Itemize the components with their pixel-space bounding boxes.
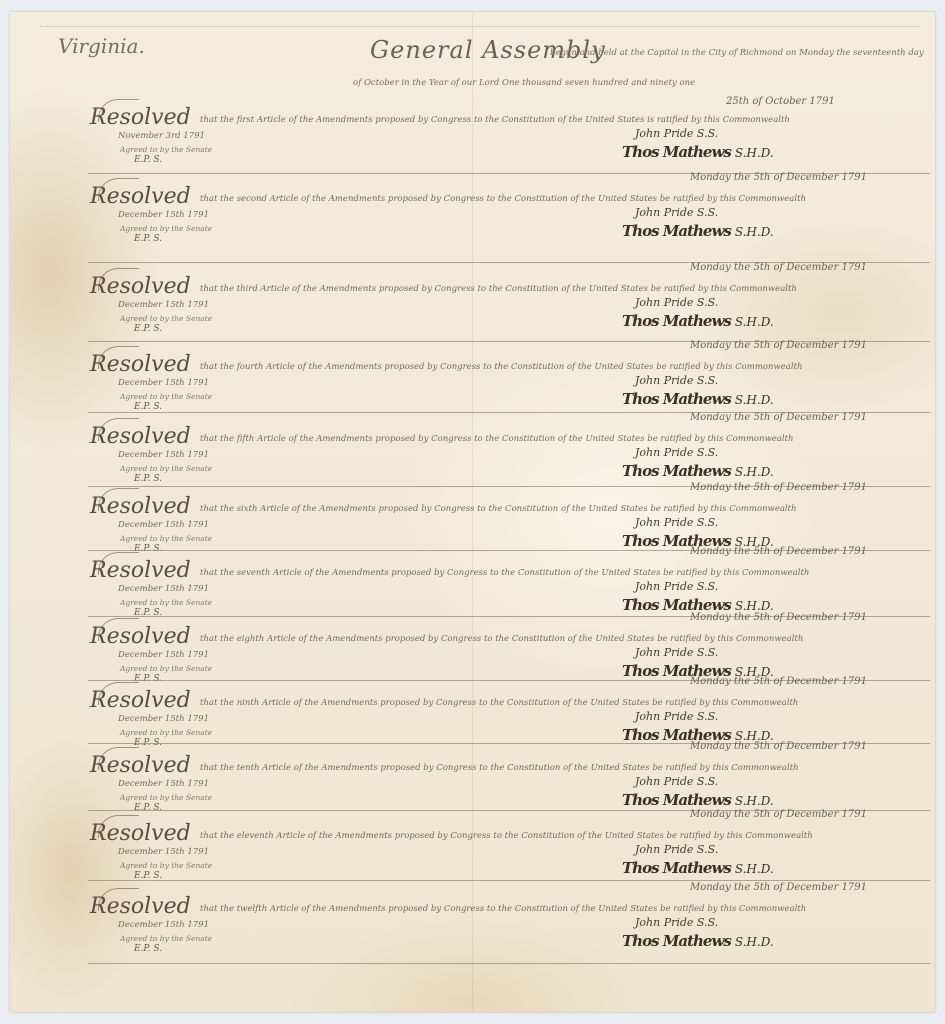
signature-name: Thos Mathews	[622, 462, 731, 480]
header-date: 25th of October 1791	[726, 96, 835, 107]
ratification-date: December 15th 1791	[118, 520, 209, 530]
session-date: Monday the 5th of December 1791	[690, 412, 867, 423]
senate-agreement: Agreed to by the Senate	[120, 145, 212, 154]
resolution-text: that the fifth Article of the Amendments…	[200, 434, 793, 444]
resolution-text: that the third Article of the Amendments…	[200, 284, 797, 294]
header-text-line-2: of October in the Year of our Lord One t…	[353, 78, 695, 88]
signature-senate-speaker: John Pride S.S.	[635, 374, 718, 387]
resolved-heading: Resolved	[90, 424, 191, 449]
session-date: Monday the 5th of December 1791	[690, 546, 867, 557]
resolved-heading: Resolved	[90, 688, 191, 713]
resolved-heading: Resolved	[90, 494, 191, 519]
senate-agreement: Agreed to by the Senate	[120, 224, 212, 233]
signature-senate-speaker: John Pride S.S.	[635, 580, 718, 593]
senate-agreement: Agreed to by the Senate	[120, 728, 212, 737]
ratification-date: November 3rd 1791	[118, 131, 205, 141]
clerk-initials: E.P. S.	[134, 944, 162, 954]
signature-name: Thos Mathews	[622, 312, 731, 330]
session-date: Monday the 5th of December 1791	[690, 612, 867, 623]
ratification-date: December 15th 1791	[118, 779, 209, 789]
signature-house-speaker: Thos MathewsS.H.D.	[622, 791, 774, 809]
signature-title: S.H.D.	[735, 935, 774, 949]
ratification-date: December 15th 1791	[118, 450, 209, 460]
signature-name: Thos Mathews	[622, 791, 731, 809]
signature-house-speaker: Thos MathewsS.H.D.	[622, 222, 774, 240]
signature-house-speaker: Thos MathewsS.H.D.	[622, 143, 774, 161]
signature-senate-speaker: John Pride S.S.	[635, 206, 718, 219]
resolution-text: that the second Article of the Amendment…	[200, 194, 806, 204]
signature-house-speaker: Thos MathewsS.H.D.	[622, 312, 774, 330]
clerk-initials: E.P. S.	[134, 803, 162, 813]
resolved-heading: Resolved	[90, 274, 191, 299]
clerk-initials: E.P. S.	[134, 324, 162, 334]
session-date: Monday the 5th of December 1791	[690, 172, 867, 183]
senate-agreement: Agreed to by the Senate	[120, 934, 212, 943]
session-date: Monday the 5th of December 1791	[690, 882, 867, 893]
resolution-text: that the ninth Article of the Amendments…	[200, 698, 798, 708]
stitch-holes	[40, 26, 920, 28]
resolved-heading: Resolved	[90, 624, 191, 649]
signature-name: Thos Mathews	[622, 222, 731, 240]
signature-house-speaker: Thos MathewsS.H.D.	[622, 390, 774, 408]
signature-title: S.H.D.	[735, 599, 774, 613]
ratification-date: December 15th 1791	[118, 847, 209, 857]
signature-title: S.H.D.	[735, 794, 774, 808]
signature-title: S.H.D.	[735, 393, 774, 407]
resolution-text: that the first Article of the Amendments…	[200, 115, 790, 125]
senate-agreement: Agreed to by the Senate	[120, 314, 212, 323]
clerk-initials: E.P. S.	[134, 402, 162, 412]
signature-house-speaker: Thos MathewsS.H.D.	[622, 462, 774, 480]
resolution-text: that the fourth Article of the Amendment…	[200, 362, 802, 372]
signature-name: Thos Mathews	[622, 390, 731, 408]
senate-agreement: Agreed to by the Senate	[120, 392, 212, 401]
divider-line	[88, 963, 930, 964]
resolved-heading: Resolved	[90, 184, 191, 209]
divider-line	[88, 880, 930, 881]
senate-agreement: Agreed to by the Senate	[120, 664, 212, 673]
resolution-text: that the eleventh Article of the Amendme…	[200, 831, 813, 841]
ratification-date: December 15th 1791	[118, 714, 209, 724]
senate-agreement: Agreed to by the Senate	[120, 861, 212, 870]
signature-senate-speaker: John Pride S.S.	[635, 516, 718, 529]
ratification-date: December 15th 1791	[118, 210, 209, 220]
resolved-heading: Resolved	[90, 894, 191, 919]
signature-name: Thos Mathews	[622, 859, 731, 877]
session-date: Monday the 5th of December 1791	[690, 676, 867, 687]
resolved-heading: Resolved	[90, 558, 191, 583]
resolution-text: that the tenth Article of the Amendments…	[200, 763, 799, 773]
session-date: Monday the 5th of December 1791	[690, 809, 867, 820]
session-date: Monday the 5th of December 1791	[690, 262, 867, 273]
signature-title: S.H.D.	[735, 465, 774, 479]
signature-senate-speaker: John Pride S.S.	[635, 843, 718, 856]
parchment-document: Virginia. General Assembly begun and hel…	[10, 12, 935, 1012]
signature-title: S.H.D.	[735, 146, 774, 160]
signature-senate-speaker: John Pride S.S.	[635, 646, 718, 659]
clerk-initials: E.P. S.	[134, 234, 162, 244]
signature-title: S.H.D.	[735, 315, 774, 329]
senate-agreement: Agreed to by the Senate	[120, 598, 212, 607]
signature-title: S.H.D.	[735, 862, 774, 876]
signature-house-speaker: Thos MathewsS.H.D.	[622, 932, 774, 950]
resolution-text: that the sixth Article of the Amendments…	[200, 504, 797, 514]
session-date: Monday the 5th of December 1791	[690, 340, 867, 351]
signature-name: Thos Mathews	[622, 932, 731, 950]
signature-senate-speaker: John Pride S.S.	[635, 916, 718, 929]
clerk-initials: E.P. S.	[134, 474, 162, 484]
ratification-date: December 15th 1791	[118, 584, 209, 594]
resolution-text: that the twelfth Article of the Amendmen…	[200, 904, 806, 914]
signature-senate-speaker: John Pride S.S.	[635, 296, 718, 309]
senate-agreement: Agreed to by the Senate	[120, 793, 212, 802]
signature-name: Thos Mathews	[622, 143, 731, 161]
signature-title: S.H.D.	[735, 225, 774, 239]
ratification-date: December 15th 1791	[118, 920, 209, 930]
ratification-date: December 15th 1791	[118, 300, 209, 310]
ratification-date: December 15th 1791	[118, 650, 209, 660]
signature-senate-speaker: John Pride S.S.	[635, 446, 718, 459]
resolved-heading: Resolved	[90, 753, 191, 778]
resolution-text: that the seventh Article of the Amendmen…	[200, 568, 809, 578]
session-date: Monday the 5th of December 1791	[690, 482, 867, 493]
resolved-heading: Resolved	[90, 352, 191, 377]
header-text-line-1: begun and held at the Capitol in the Cit…	[550, 48, 924, 58]
signature-senate-speaker: John Pride S.S.	[635, 710, 718, 723]
senate-agreement: Agreed to by the Senate	[120, 534, 212, 543]
resolution-text: that the eighth Article of the Amendment…	[200, 634, 803, 644]
state-heading: Virginia.	[58, 34, 145, 58]
signature-house-speaker: Thos MathewsS.H.D.	[622, 859, 774, 877]
resolved-heading: Resolved	[90, 105, 191, 130]
signature-senate-speaker: John Pride S.S.	[635, 127, 718, 140]
resolved-heading: Resolved	[90, 821, 191, 846]
session-date: Monday the 5th of December 1791	[690, 741, 867, 752]
signature-senate-speaker: John Pride S.S.	[635, 775, 718, 788]
senate-agreement: Agreed to by the Senate	[120, 464, 212, 473]
clerk-initials: E.P. S.	[134, 155, 162, 165]
ratification-date: December 15th 1791	[118, 378, 209, 388]
